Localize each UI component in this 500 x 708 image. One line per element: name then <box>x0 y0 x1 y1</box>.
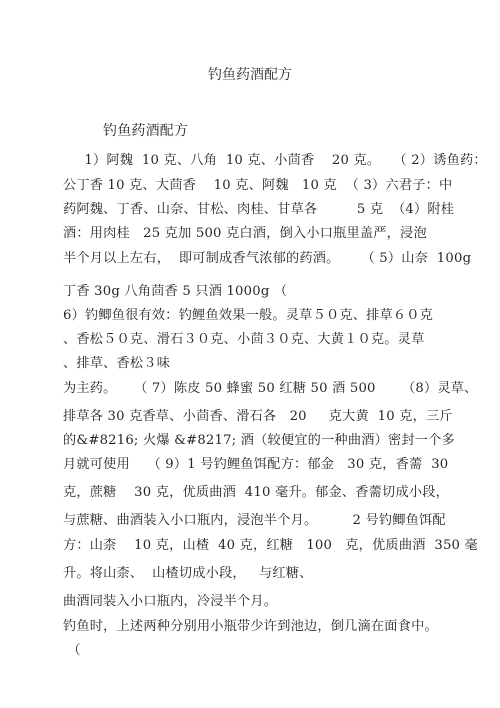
body-line: 丁香 30g 八角茴香 5 只酒 1000g （ <box>63 280 287 299</box>
body-line: 方：山柰 10 克，山楂 40 克，红糖 100 克，优质曲酒 350 毫 <box>63 534 478 553</box>
body-line: 、排草、香松３味 <box>63 352 170 371</box>
body-line: 月就可使用 （ 9）1 号钓鲤鱼饵配方：郁金 30 克，香薷 30 <box>63 453 448 472</box>
document-title: 钓鱼药酒配方 <box>0 64 500 84</box>
body-line: 的&#8216; 火爆 &#8217; 酒（较便宜的一种曲酒）密封一个多 <box>63 429 455 448</box>
document-page: 钓鱼药酒配方 钓鱼药酒配方 1）阿魏 10 克、八角 10 克、小茴香 20 克… <box>0 0 500 708</box>
body-line: 酒：用肉桂 25 克加 500 克白酒，倒入小口瓶里盖严，浸泡 <box>63 222 427 241</box>
body-line: 钓鱼时，上述两种分别用小瓶带少许到池边，倒几滴在面食中。 <box>63 615 438 634</box>
document-subtitle: 钓鱼药酒配方 <box>103 120 188 140</box>
body-line: 药阿魏、丁香、山奈、甘松、肉桂、甘草各 5 克 （4）附桂 <box>63 198 454 217</box>
body-line: 与蔗糖、曲酒装入小口瓶内，浸泡半个月。 2 号钓鲫鱼饵配 <box>63 509 446 528</box>
body-line: 6）钓鲫鱼很有效：钓鲤鱼效果一般。灵草５０克、排草６０克 <box>63 304 433 323</box>
body-line: 克，蔗糖 30 克，优质曲酒 410 毫升。郁金、香薷切成小段， <box>63 481 449 500</box>
body-line: 1）阿魏 10 克、八角 10 克、小茴香 20 克。 （ 2）诱鱼药： <box>80 149 487 168</box>
body-line: 升。将山柰、 山楂切成小段， 与红糖、 <box>63 562 313 581</box>
body-line: 、香松５０克、滑石３０克、小茴３０克、大黄１０克。灵草 <box>63 328 424 347</box>
body-line: 为主药。 （ 7）陈皮 50 蜂蜜 50 红糖 50 酒 500 （8）灵草、 <box>63 377 478 396</box>
body-line: （ <box>63 639 81 658</box>
body-line: 半个月以上左右， 即可制成香气浓郁的药酒。 （ 5）山奈 100g <box>63 247 471 266</box>
body-line: 曲酒同装入小口瓶内，冷浸半个月。 <box>63 590 277 609</box>
body-line: 公丁香 10 克、大茴香 10 克、阿魏 10 克 （ 3）六君子：中 <box>63 174 452 193</box>
body-line: 排草各 30 克香草、小茴香、滑石各 20 克大黄 10 克，三斤 <box>63 405 453 424</box>
